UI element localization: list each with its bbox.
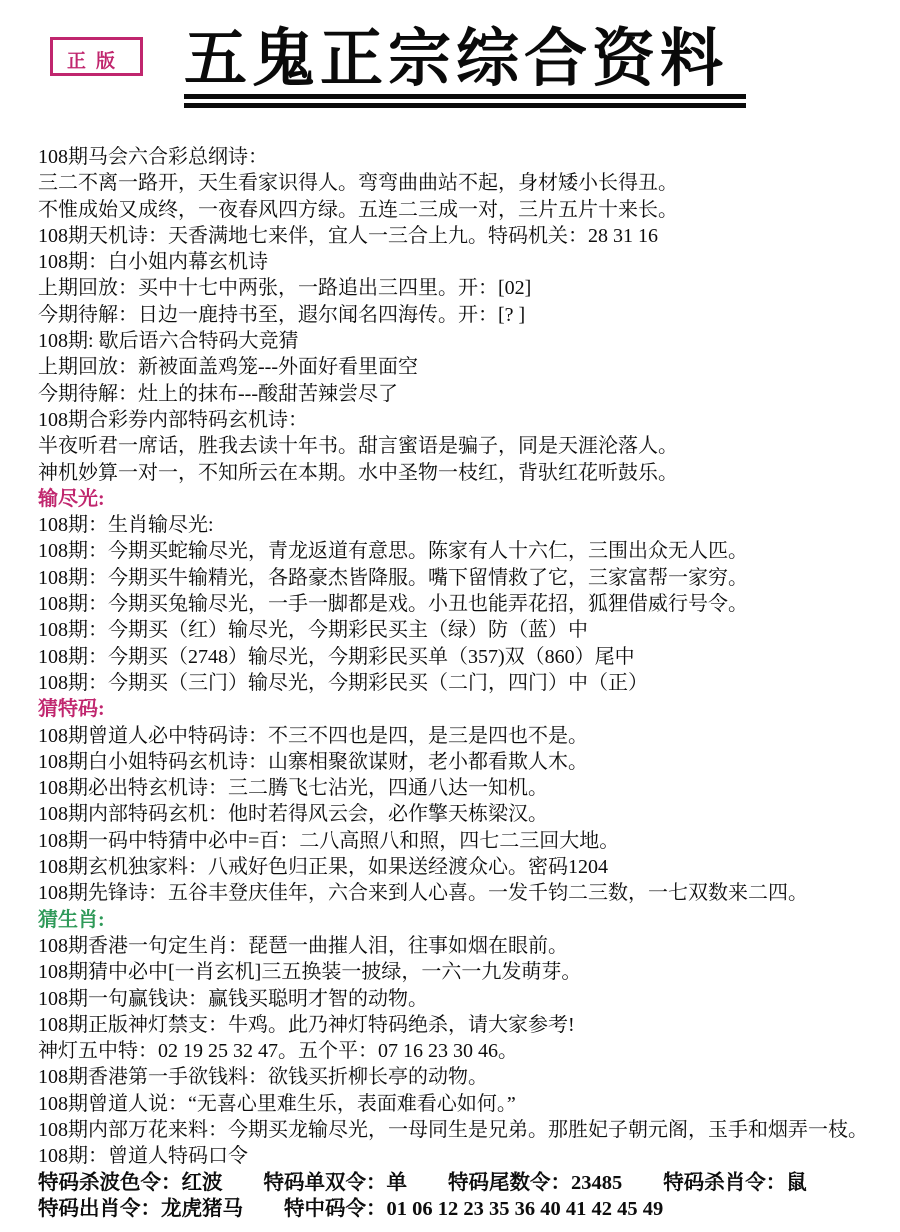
body-text: 108期马会六合彩总纲诗：三二不离一路开，天生看家识得人。弯弯曲曲站不起，身材矮… <box>38 144 886 1222</box>
text-line: 不惟成始又成终，一夜春风四方绿。五连二三成一对，三片五片十来长。 <box>38 197 886 223</box>
text-line: 108期天机诗：天香满地七来伴，宜人一三合上九。特码机关：28 31 16 <box>38 223 886 249</box>
text-line: 108期：今期买牛输精光，各路豪杰皆降服。嘴下留情救了它，三家富帮一家穷。 <box>38 565 886 591</box>
text-line: 108期一码中特猜中必中=百：二八高照八和照，四七二三回大地。 <box>38 828 886 854</box>
text-line: 108期: 歇后语六合特码大竞猜 <box>38 328 886 354</box>
text-line: 今期待解：日边一鹿持书至，遐尔闻名四海传。开：[? ] <box>38 302 886 328</box>
text-line: 108期：今期买兔输尽光，一手一脚都是戏。小丑也能弄花招，狐狸借威行号令。 <box>38 591 886 617</box>
text-line: 108期一句赢钱诀：赢钱买聪明才智的动物。 <box>38 986 886 1012</box>
text-line: 特码杀波色令：红波 特码单双令：单 特码尾数令：23485 特码杀肖令：鼠 <box>38 1170 886 1196</box>
text-line: 108期：白小姐内幕玄机诗 <box>38 249 886 275</box>
lottery-info-page: 正版 五鬼正宗综合资料 108期马会六合彩总纲诗：三二不离一路开，天生看家识得人… <box>0 0 900 1232</box>
text-line: 108期：生肖输尽光: <box>38 512 886 538</box>
text-line: 108期曾道人必中特码诗：不三不四也是四，是三是四也不是。 <box>38 723 886 749</box>
text-line: 108期：今期买（2748）输尽光，今期彩民买单（357)双（860）尾中 <box>38 644 886 670</box>
text-line: 108期：今期买蛇输尽光，青龙返道有意思。陈家有人十六仁，三围出众无人匹。 <box>38 538 886 564</box>
text-line: 猜生肖: <box>38 907 886 933</box>
text-line: 108期内部特码玄机：他时若得风云会，必作擎天栋梁汉。 <box>38 801 886 827</box>
title-double-underline <box>184 94 746 108</box>
text-line: 猜特码: <box>38 696 886 722</box>
text-line: 108期内部万花来料：今期买龙输尽光，一母同生是兄弟。那胜妃子朝元阁，玉手和烟弄… <box>38 1117 886 1143</box>
text-line: 输尽光: <box>38 486 886 512</box>
text-line: 神灯五中特：02 19 25 32 47。五个平：07 16 23 30 46。 <box>38 1038 886 1064</box>
text-line: 108期玄机独家料：八戒好色归正果，如果送经渡众心。密码1204 <box>38 854 886 880</box>
text-line: 108期先锋诗：五谷丰登庆佳年，六合来到人心喜。一发千钧二三数，一七双数来二四。 <box>38 880 886 906</box>
text-line: 108期必出特玄机诗：三二腾飞七沾光，四通八达一知机。 <box>38 775 886 801</box>
text-line: 108期：今期买（红）输尽光，今期彩民买主（绿）防（蓝）中 <box>38 617 886 643</box>
text-line: 今期待解：灶上的抹布---酸甜苦辣尝尽了 <box>38 381 886 407</box>
text-line: 特码出肖令：龙虎猪马 特中码令：01 06 12 23 35 36 40 41 … <box>38 1196 886 1222</box>
authentic-badge: 正版 <box>50 37 143 76</box>
text-line: 108期：今期买（三门）输尽光，今期彩民买（二门，四门）中（正） <box>38 670 886 696</box>
text-line: 神机妙算一对一，不知所云在本期。水中圣物一枝红，背驮红花听鼓乐。 <box>38 460 886 486</box>
text-line: 108期香港一句定生肖：琵琶一曲摧人泪，往事如烟在眼前。 <box>38 933 886 959</box>
text-line: 108期正版神灯禁支：牛鸡。此乃神灯特码绝杀，请大家参考! <box>38 1012 886 1038</box>
text-line: 108期马会六合彩总纲诗： <box>38 144 886 170</box>
text-line: 上期回放：新被面盖鸡笼---外面好看里面空 <box>38 354 886 380</box>
text-line: 三二不离一路开，天生看家识得人。弯弯曲曲站不起，身材矮小长得丑。 <box>38 170 886 196</box>
page-title: 五鬼正宗综合资料 <box>184 8 728 99</box>
text-line: 上期回放：买中十七中两张，一路追出三四里。开：[02] <box>38 275 886 301</box>
text-line: 108期：曾道人特码口令 <box>38 1143 886 1169</box>
text-line: 108期合彩券内部特码玄机诗： <box>38 407 886 433</box>
text-line: 108期香港第一手欲钱料：欲钱买折柳长亭的动物。 <box>38 1064 886 1090</box>
text-line: 半夜听君一席话，胜我去读十年书。甜言蜜语是骗子，同是天涯沦落人。 <box>38 433 886 459</box>
text-line: 108期猜中必中[一肖玄机]三五换装一披绿，一六一九发萌芽。 <box>38 959 886 985</box>
text-line: 108期曾道人说：“无喜心里难生乐，表面难看心如何。” <box>38 1091 886 1117</box>
text-line: 108期白小姐特码玄机诗：山寨相聚欲谋财，老小都看欺人木。 <box>38 749 886 775</box>
